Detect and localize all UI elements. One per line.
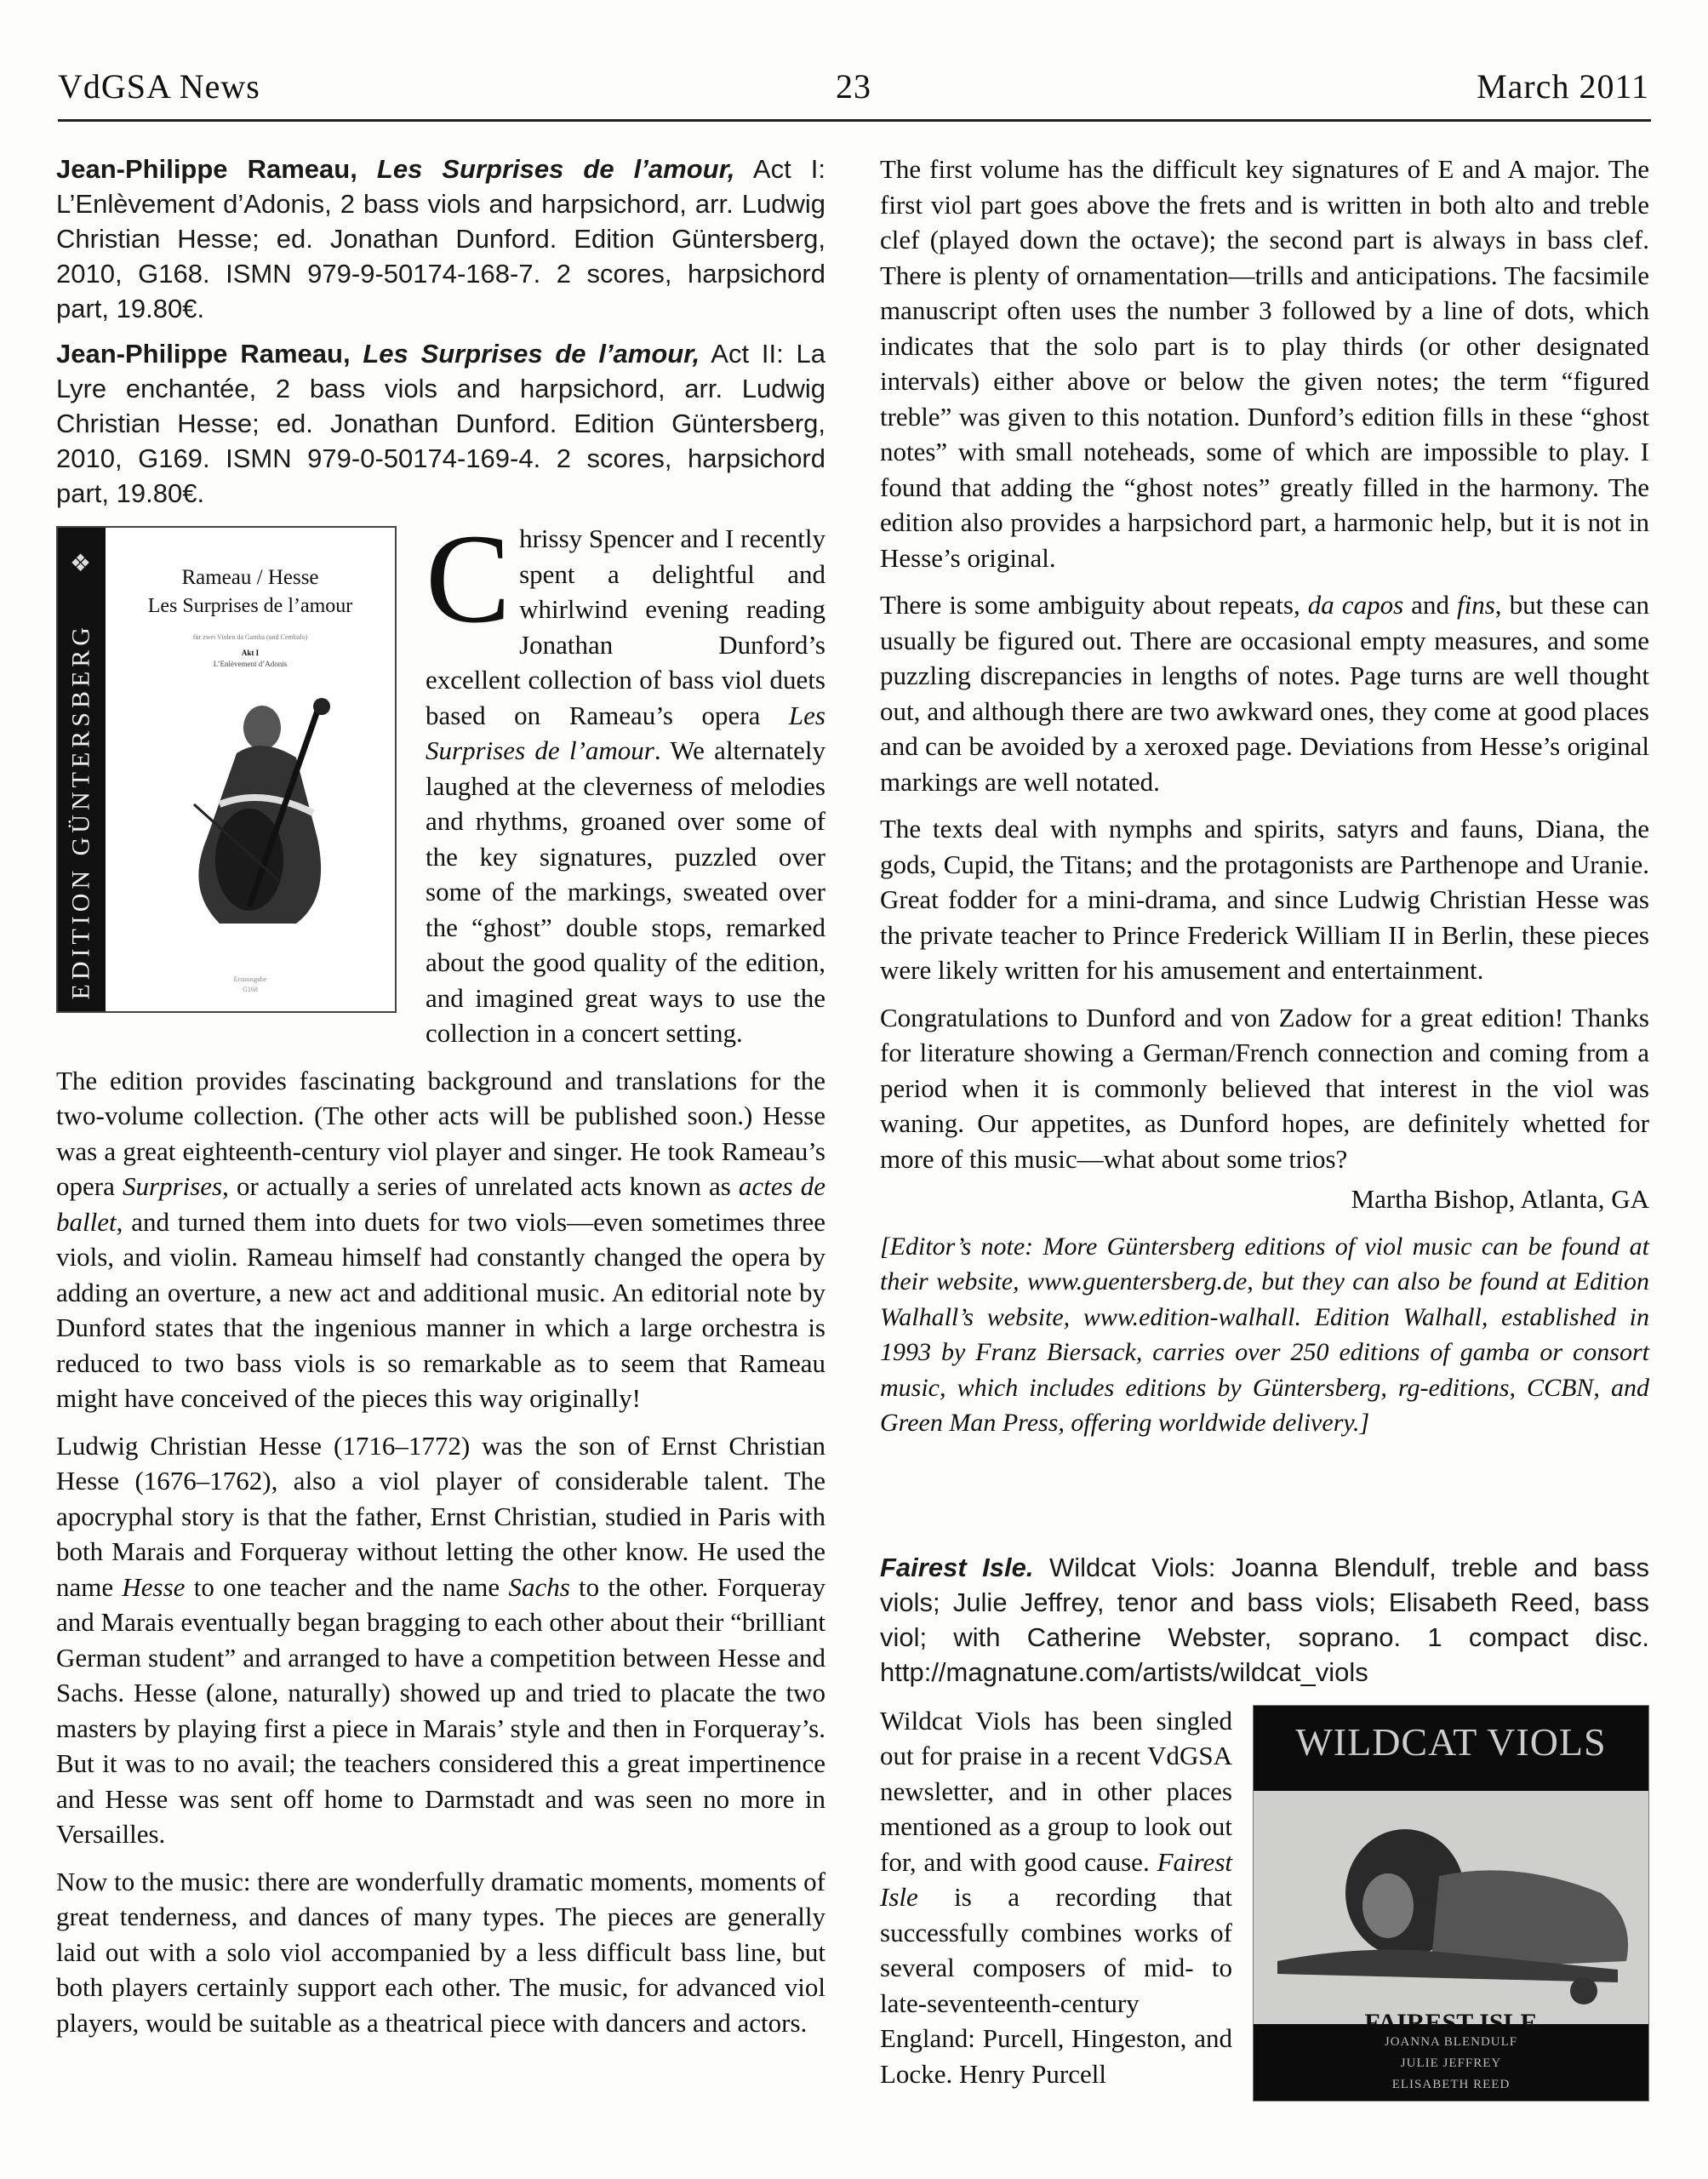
- italic-text: Hesse: [122, 1572, 185, 1602]
- citation-title: Les Surprises de l’amour,: [363, 339, 700, 369]
- review-citation-act1: Jean-Philippe Rameau, Les Surprises de l…: [56, 152, 825, 326]
- citation-title: Les Surprises de l’amour,: [377, 154, 735, 184]
- text: , but these can usually be figured out. …: [880, 590, 1649, 797]
- paragraph-hesse-story: Ludwig Christian Hesse (1716–1772) was t…: [56, 1428, 825, 1852]
- text: , or actually a series of unrelated acts…: [222, 1171, 739, 1201]
- cover-spine: ❖ EDITION GÜNTERSBERG: [58, 528, 106, 1011]
- spine-text: EDITION GÜNTERSBERG: [64, 540, 100, 999]
- issue-date: March 2011: [1477, 66, 1649, 106]
- viol-player-illustration: [169, 677, 356, 932]
- italic-text: da capos: [1308, 590, 1403, 620]
- cover-footer-catalog: G168: [106, 972, 395, 1008]
- editor-note: [Editor’s note: More Güntersberg edition…: [880, 1229, 1649, 1441]
- cd-cover-image: WILDCAT VIOLS FAIREST ISLE JOANNA BLENDU…: [1253, 1705, 1649, 2102]
- text: and: [1403, 590, 1457, 620]
- intro-text-continued: . We alternately laughed at the cleverne…: [426, 735, 825, 1048]
- text: , and turned them into duets for two vio…: [56, 1207, 825, 1414]
- performer-name: JULIE JEFFREY: [1254, 2053, 1648, 2074]
- text: to one teacher and the name: [185, 1572, 508, 1602]
- left-column: Jean-Philippe Rameau, Les Surprises de l…: [56, 152, 825, 2052]
- paragraph-first-volume: The first volume has the difficult key s…: [880, 152, 1649, 575]
- paragraph-ambiguity: There is some ambiguity about repeats, d…: [880, 587, 1649, 799]
- performer-name: JOANNA BLENDULF: [1254, 2032, 1648, 2053]
- lion-illustration: [1260, 1799, 1643, 2021]
- text: to the other. Forqueray and Marais event…: [56, 1572, 825, 1850]
- review-citation-act2: Jean-Philippe Rameau, Les Surprises de l…: [56, 336, 825, 511]
- italic-text: fins: [1457, 590, 1495, 620]
- italic-text: Surprises: [123, 1171, 222, 1201]
- citation-composer: Jean-Philippe Rameau,: [56, 154, 357, 184]
- text: is a recording that successfully combine…: [880, 1882, 1232, 2089]
- citation-composer: Jean-Philippe Rameau,: [56, 339, 351, 369]
- performer-name: ELISABETH REED: [1254, 2074, 1648, 2096]
- book-cover-image: ❖ EDITION GÜNTERSBERG Rameau / Hesse Les…: [56, 526, 397, 1013]
- cd-ensemble-name: WILDCAT VIOLS: [1254, 1724, 1648, 1760]
- text: There is some ambiguity about repeats,: [880, 590, 1308, 620]
- cd-review-paragraph: WILDCAT VIOLS FAIREST ISLE JOANNA BLENDU…: [880, 1703, 1649, 2092]
- right-column: The first volume has the difficult key s…: [880, 152, 1649, 2102]
- cd-performer-names: JOANNA BLENDULF JULIE JEFFREY ELISABETH …: [1254, 2032, 1648, 2096]
- paragraph-texts: The texts deal with nymphs and spirits, …: [880, 811, 1649, 988]
- header-divider: [58, 119, 1651, 122]
- paragraph-music: Now to the music: there are wonderfully …: [56, 1864, 825, 2041]
- review-signature: Martha Bishop, Atlanta, GA: [880, 1181, 1649, 1217]
- drop-cap: C: [426, 528, 511, 630]
- page-number: 23: [58, 66, 1649, 106]
- intro-paragraph: ❖ EDITION GÜNTERSBERG Rameau / Hesse Les…: [56, 521, 825, 1051]
- paragraph-edition-background: The edition provides fascinating backgro…: [56, 1063, 825, 1416]
- cd-title: Fairest Isle.: [880, 1553, 1033, 1582]
- cd-citation: Fairest Isle. Wildcat Viols: Joanna Blen…: [880, 1550, 1649, 1690]
- paragraph-congratulations: Congratulations to Dunford and von Zadow…: [880, 1000, 1649, 1177]
- italic-text: Sachs: [508, 1572, 569, 1602]
- page-header: VdGSA News 23 March 2011: [58, 66, 1649, 117]
